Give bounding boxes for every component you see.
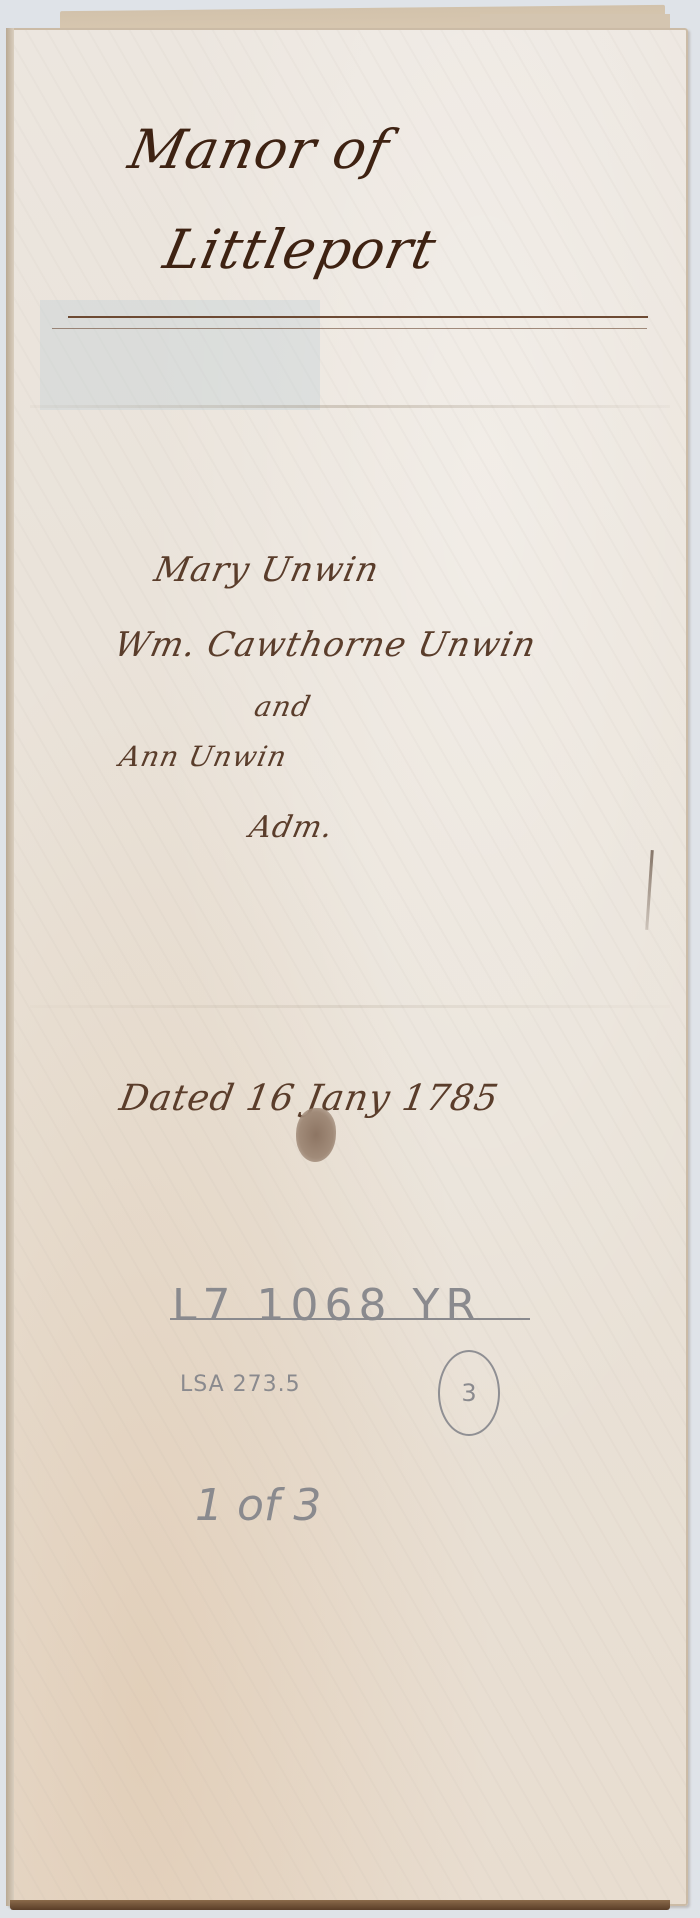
strikethrough-line [170,1318,530,1320]
party-william-cawthorne-unwin: Wm. Cawthorne Unwin [111,625,540,665]
heading-line-2: Littleport [158,218,442,281]
fold-crease [30,1005,670,1008]
heading-underline [68,316,648,318]
party-mary-unwin: Mary Unwin [151,550,383,590]
circled-number: 3 [438,1350,500,1436]
party-ann-unwin: Ann Unwin [116,740,290,773]
party-administrator: Adm. [246,810,336,845]
party-conjunction: and [251,690,314,723]
archive-catalogue-number: LSA 273.5 [180,1372,301,1397]
heading-line-1: Manor of [123,118,395,181]
paper-left-edge [6,28,14,1906]
paper-bottom-edge [10,1900,670,1910]
heading-underline-second [52,328,647,329]
fold-crease [30,405,670,408]
part-of-set: 1 of 3 [195,1480,321,1531]
circled-number-value: 3 [461,1379,476,1407]
archive-reference-struck: L7 1068 YR [172,1280,482,1331]
